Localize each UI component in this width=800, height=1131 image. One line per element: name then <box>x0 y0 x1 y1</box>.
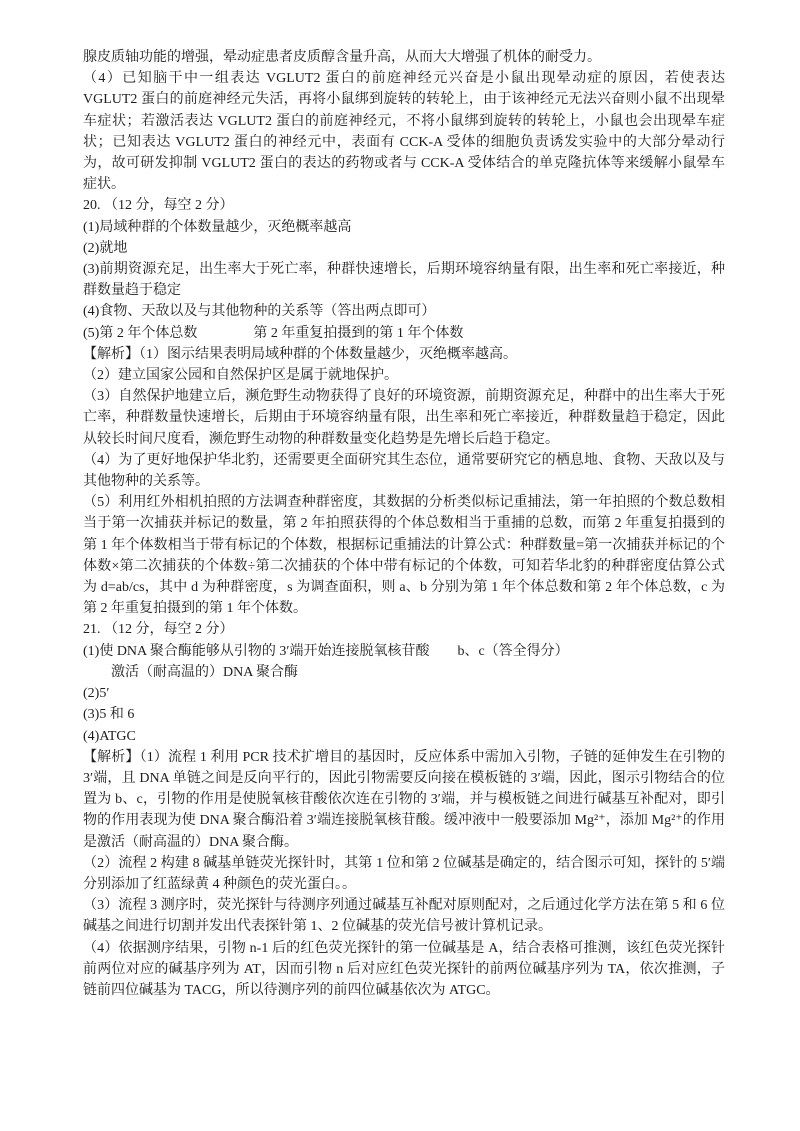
paragraph-q21-answer-3: (3)5 和 6 <box>83 704 725 725</box>
paragraph-q21-heading: 21. （12 分，每空 2 分） <box>83 619 725 640</box>
paragraph-q20-answer-2: (2)就地 <box>83 238 725 259</box>
paragraph-q20-analysis-5: （5）利用红外相机拍照的方法调查种群密度，其数据的分析类似标记重捕法，第一年拍照… <box>83 492 725 619</box>
paragraph-q20-analysis-1: 【解析】（1）图示结果表明局域种群的个体数量越少，灭绝概率越高。 <box>83 344 725 365</box>
paragraph-q21-analysis-2: （2）流程 2 构建 8 碱基单链荧光探针时，其第 1 位和第 2 位碱基是确定… <box>83 853 725 895</box>
paragraph-q20-answer-5: (5)第 2 年个体总数 第 2 年重复拍摄到的第 1 年个体数 <box>83 323 725 344</box>
paragraph-q21-analysis-4: （4）依据测序结果，引物 n-1 后的红色荧光探针的第一位碱基是 A，结合表格可… <box>83 938 725 1002</box>
paragraph-q21-answer-1: (1)使 DNA 聚合酶能够从引物的 3′端开始连接脱氧核苷酸 b、c（答全得分… <box>83 641 725 662</box>
paragraph-q20-analysis-4: （4）为了更好地保护华北豹，还需要更全面研究其生态位，通常要研究它的栖息地、食物… <box>83 450 725 492</box>
paragraph-q20-answer-4: (4)食物、天敌以及与其他物种的关系等（答出两点即可） <box>83 301 725 322</box>
paragraph-q20-answer-3: (3)前期资源充足，出生率大于死亡率，种群快速增长，后期环境容纳量有限，出生率和… <box>83 259 725 301</box>
paragraph-q21-answer-2: (2)5′ <box>83 683 725 704</box>
paragraph-q19-4-continuation: 腺皮质轴功能的增强，晕动症患者皮质醇含量升高，从而大大增强了机体的耐受力。 <box>83 47 725 68</box>
paragraph-q21-answer-1-cont: 激活（耐高温的）DNA 聚合酶 <box>83 662 725 683</box>
paragraph-q20-heading: 20. （12 分，每空 2 分） <box>83 195 725 216</box>
document-page: 腺皮质轴功能的增强，晕动症患者皮质醇含量升高，从而大大增强了机体的耐受力。 （4… <box>0 0 800 1131</box>
paragraph-q19-answer-4: （4）已知脑干中一组表达 VGLUT2 蛋白的前庭神经元兴奋是小鼠出现晕动症的原… <box>83 68 725 195</box>
paragraph-q21-analysis-3: （3）流程 3 测序时，荧光探针与待测序列通过碱基互补配对原则配对，之后通过化学… <box>83 895 725 937</box>
paragraph-q21-analysis-1: 【解析】（1）流程 1 利用 PCR 技术扩增目的基因时，反应体系中需加入引物，… <box>83 747 725 853</box>
paragraph-q20-answer-1: (1)局域种群的个体数量越少，灭绝概率越高 <box>83 217 725 238</box>
paragraph-q20-analysis-3: （3）自然保护地建立后，濒危野生动物获得了良好的环境资源，前期资源充足，种群中的… <box>83 386 725 450</box>
paragraph-q20-analysis-2: （2）建立国家公园和自然保护区是属于就地保护。 <box>83 365 725 386</box>
paragraph-q21-answer-4: (4)ATGC <box>83 726 725 747</box>
